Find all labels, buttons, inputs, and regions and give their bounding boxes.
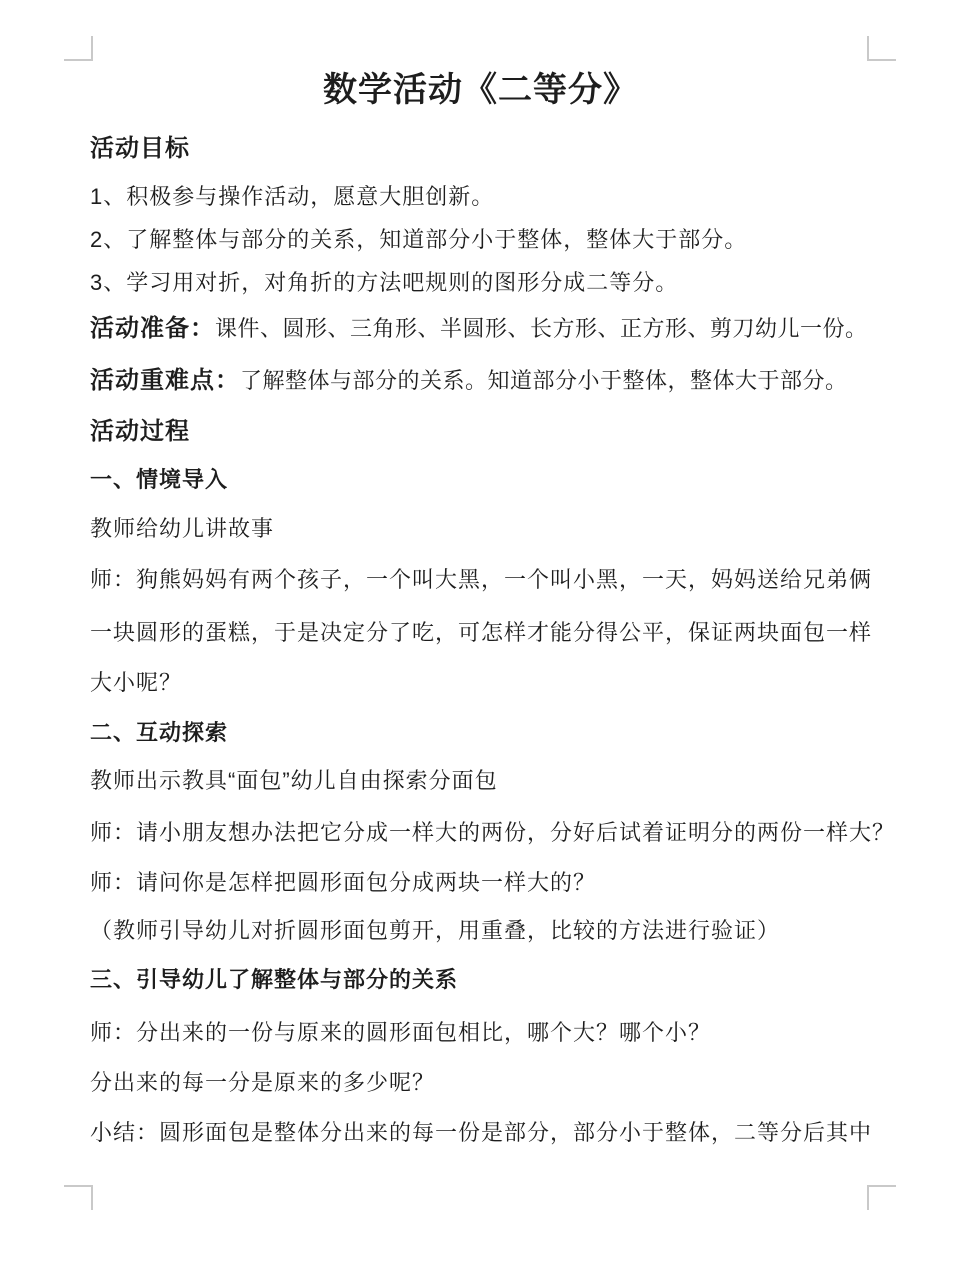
crop-mark-bottom-left — [64, 1185, 93, 1210]
goal-line-2: 2、了解整体与部分的关系，知道部分小于整体，整体大于部分。 — [90, 223, 880, 254]
heading-activity-goals: 活动目标 — [90, 128, 880, 163]
crop-mark-bottom-right — [867, 1185, 896, 1210]
text-activity-key-points: 了解整体与部分的关系。知道部分小于整体，整体大于部分。 — [240, 368, 848, 393]
crop-mark-top-left — [64, 36, 93, 61]
section1-line-1: 教师给幼儿讲故事 — [90, 512, 880, 543]
heading-section-3: 三、引导幼儿了解整体与部分的关系 — [90, 963, 880, 994]
label-activity-key-points: 活动重难点： — [90, 367, 240, 394]
section1-line-2: 师：狗熊妈妈有两个孩子，一个叫大黑，一个叫小黑，一天，妈妈送给兄弟俩 — [90, 563, 880, 594]
goal-line-3: 3、学习用对折，对角折的方法吧规则的图形分成二等分。 — [90, 266, 880, 297]
activity-preparation-line: 活动准备：课件、圆形、三角形、半圆形、长方形、正方形、剪刀幼儿一份。 — [90, 308, 880, 343]
document-page: 数学活动《二等分》 活动目标 1、积极参与操作活动，愿意大胆创新。 2、了解整体… — [0, 0, 961, 1280]
section2-line-1: 教师出示教具“面包”幼儿自由探索分面包 — [90, 764, 880, 795]
heading-section-2: 二、互动探索 — [90, 716, 880, 747]
label-activity-preparation: 活动准备： — [90, 315, 215, 342]
section3-line-3: 小结：圆形面包是整体分出来的每一份是部分，部分小于整体，二等分后其中 — [90, 1116, 880, 1147]
section3-line-1: 师：分出来的一份与原来的圆形面包相比，哪个大？哪个小？ — [90, 1016, 880, 1047]
heading-activity-process: 活动过程 — [90, 411, 880, 446]
section2-line-2: 师：请小朋友想办法把它分成一样大的两份，分好后试着证明分的两份一样大？ — [90, 816, 880, 847]
section1-line-4: 大小呢？ — [90, 666, 880, 697]
section2-line-3: 师：请问你是怎样把圆形面包分成两块一样大的？ — [90, 866, 880, 897]
document-title: 数学活动《二等分》 — [0, 62, 961, 111]
activity-key-points-line: 活动重难点：了解整体与部分的关系。知道部分小于整体，整体大于部分。 — [90, 360, 880, 395]
section3-line-2: 分出来的每一分是原来的多少呢？ — [90, 1066, 880, 1097]
heading-section-1: 一、情境导入 — [90, 463, 880, 494]
goal-line-1: 1、积极参与操作活动，愿意大胆创新。 — [90, 180, 880, 211]
section2-line-4: （教师引导幼儿对折圆形面包剪开，用重叠，比较的方法进行验证） — [90, 914, 880, 945]
text-activity-preparation: 课件、圆形、三角形、半圆形、长方形、正方形、剪刀幼儿一份。 — [215, 316, 868, 341]
section1-line-3: 一块圆形的蛋糕，于是决定分了吃，可怎样才能分得公平，保证两块面包一样 — [90, 616, 880, 647]
crop-mark-top-right — [867, 36, 896, 61]
